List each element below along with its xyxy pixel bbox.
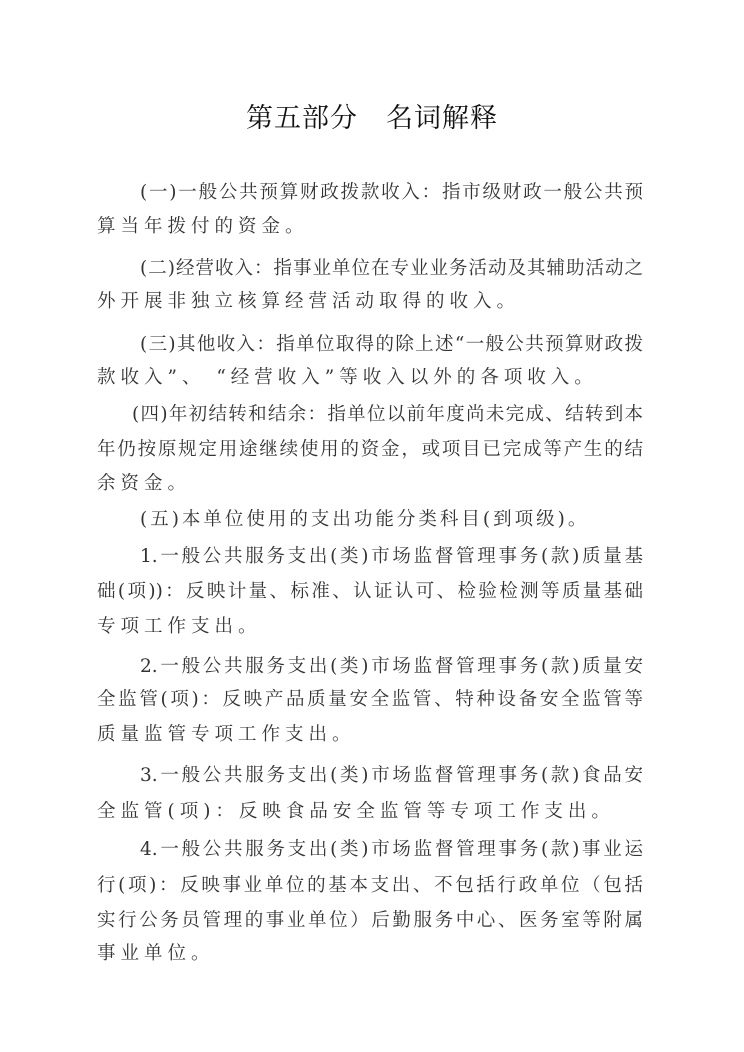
- page-title: 第五部分 名词解释: [0, 96, 744, 135]
- item-1-line-3: 专项工作支出。: [97, 612, 262, 642]
- item-2-line-3: 质量监管专项工作支出。: [97, 720, 356, 750]
- item-4-line-3: 实行公务员管理的事业单位）后勤服务中心、医务室等附属: [97, 906, 643, 936]
- paragraph-4-line-2: 年仍按原规定用途继续使用的资金，或项目已完成等产生的结: [97, 435, 643, 465]
- paragraph-5-line-1: (五)本单位使用的支出功能分类科目(到项级)。: [140, 505, 589, 535]
- item-2-line-2: 全监管(项)：反映产品质量安全监管、特种设备安全监管等: [97, 685, 643, 715]
- item-3-line-2: 全监管(项)：反映食品安全监管等专项工作支出。: [97, 797, 615, 827]
- paragraph-3-line-1: (三)其他收入：指单位取得的除上述“一般公共预算财政拨: [140, 330, 643, 360]
- paragraph-1-line-1: (一)一般公共预算财政拨款收入：指市级财政一般公共预: [140, 178, 643, 208]
- paragraph-2-line-1: (二)经营收入：指事业单位在专业业务活动及其辅助活动之: [140, 254, 643, 284]
- paragraph-4-line-1: (四)年初结转和结余：指单位以前年度尚未完成、结转到本: [132, 400, 643, 430]
- paragraph-1-line-2: 算当年拨付的资金。: [97, 212, 309, 242]
- item-4-line-1: 4.一般公共服务支出(类)市场监督管理事务(款)事业运: [140, 835, 643, 865]
- paragraph-4-line-3: 余资金。: [97, 469, 191, 499]
- item-2-line-1: 2.一般公共服务支出(类)市场监督管理事务(款)质量安: [140, 652, 643, 682]
- item-1-line-1: 1.一般公共服务支出(类)市场监督管理事务(款)质量基: [140, 542, 643, 572]
- item-4-line-2: 行(项)：反映事业单位的基本支出、不包括行政单位（包括: [97, 871, 643, 901]
- paragraph-3-line-2: 款收入”、 “经营收入”等收入以外的各项收入。: [97, 363, 598, 393]
- paragraph-2-line-2: 外开展非独立核算经营活动取得的收入。: [97, 287, 520, 317]
- item-3-line-1: 3.一般公共服务支出(类)市场监督管理事务(款)食品安: [140, 761, 643, 791]
- item-1-line-2: 础(项))：反映计量、标准、认证认可、检验检测等质量基础: [97, 577, 643, 607]
- item-4-line-4: 事业单位。: [97, 939, 215, 969]
